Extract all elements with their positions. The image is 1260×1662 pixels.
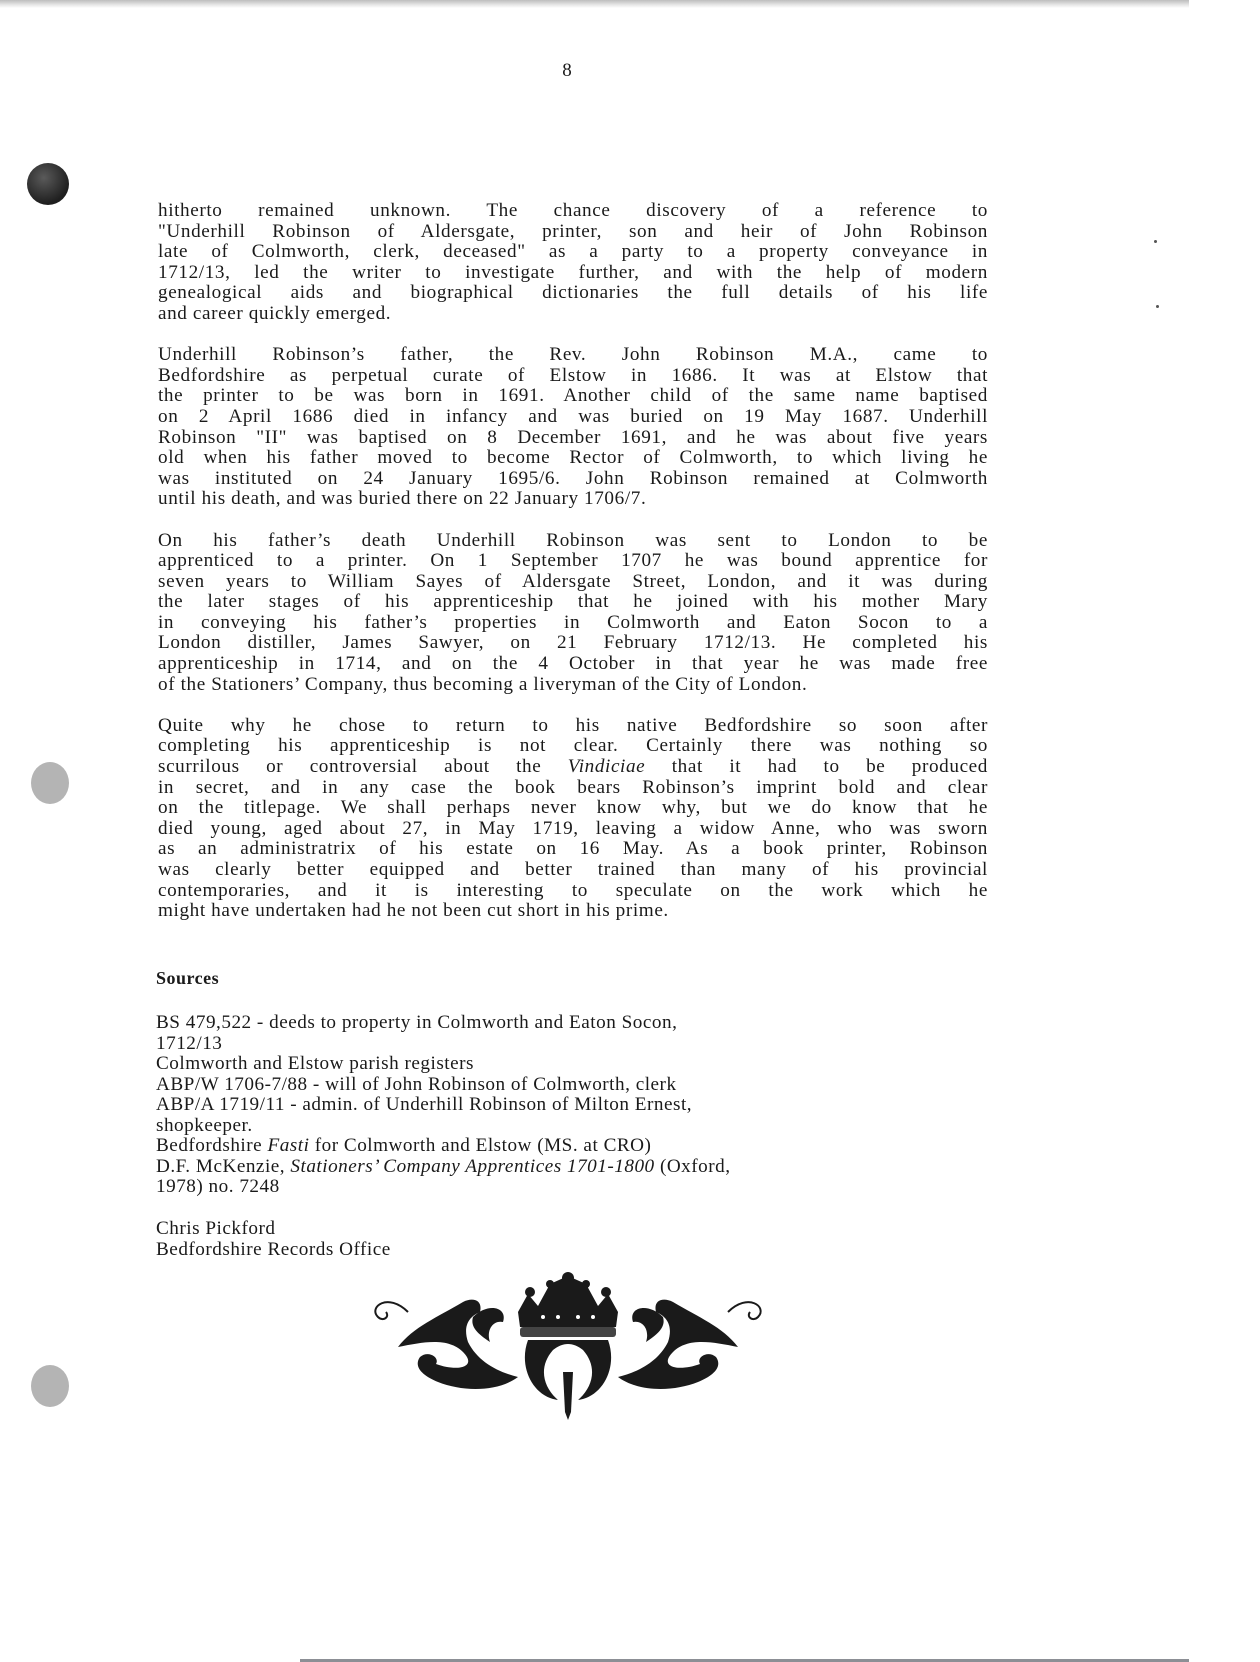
text-line: late of Colmworth, clerk, deceased" as a… xyxy=(158,242,988,263)
text-line: old when his father moved to become Rect… xyxy=(158,448,988,469)
text-line: Robinson "II" was baptised on 8 December… xyxy=(158,428,988,449)
source-entry: ABP/W 1706-7/88 - will of John Robinson … xyxy=(156,1075,731,1096)
text-line: Underhill Robinson’s father, the Rev. Jo… xyxy=(158,345,988,366)
source-entry: 1978) no. 7248 xyxy=(156,1177,731,1198)
article-body: hitherto remained unknown. The chance di… xyxy=(158,201,988,942)
source-entry: D.F. McKenzie, Stationers’ Company Appre… xyxy=(156,1157,731,1178)
source-entry: 1712/13 xyxy=(156,1034,731,1055)
text-line: and career quickly emerged. xyxy=(158,304,988,325)
text-line: "Underhill Robinson of Aldersgate, print… xyxy=(158,222,988,243)
text-line: the later stages of his apprenticeship t… xyxy=(158,592,988,613)
text-line: was clearly better equipped and better t… xyxy=(158,860,988,881)
text-line: in conveying his father’s properties in … xyxy=(158,613,988,634)
source-entry: Bedfordshire Fasti for Colmworth and Els… xyxy=(156,1136,731,1157)
source-entry: Colmworth and Elstow parish registers xyxy=(156,1054,731,1075)
paragraph: Underhill Robinson’s father, the Rev. Jo… xyxy=(158,345,988,510)
text-line: apprenticeship in 1714, and on the 4 Oct… xyxy=(158,654,988,675)
text-line: the printer to be was born in 1691. Anot… xyxy=(158,386,988,407)
paragraph: Quite why he chose to return to his nati… xyxy=(158,716,988,922)
source-entry: ABP/A 1719/11 - admin. of Underhill Robi… xyxy=(156,1095,731,1116)
text-line: on 2 April 1686 died in infancy and was … xyxy=(158,407,988,428)
text-line: hitherto remained unknown. The chance di… xyxy=(158,201,988,222)
text-line: apprenticed to a printer. On 1 September… xyxy=(158,551,988,572)
crown-ornament-icon xyxy=(368,1272,768,1422)
text-line: completing his apprenticeship is not cle… xyxy=(158,736,988,757)
scan-speck xyxy=(1154,240,1157,243)
punch-hole-icon xyxy=(31,762,69,804)
sources-heading: Sources xyxy=(156,968,219,989)
text-line: might have undertaken had he not been cu… xyxy=(158,901,988,922)
author-office: Bedfordshire Records Office xyxy=(156,1239,391,1260)
punch-hole-icon xyxy=(31,1365,69,1407)
text-line: contemporaries, and it is interesting to… xyxy=(158,881,988,902)
text-line: scurrilous or controversial about the Vi… xyxy=(158,757,988,778)
text-line: was instituted on 24 January 1695/6. Joh… xyxy=(158,469,988,490)
text-line: Bedfordshire as perpetual curate of Elst… xyxy=(158,366,988,387)
text-line: in secret, and in any case the book bear… xyxy=(158,778,988,799)
page-number: 8 xyxy=(0,60,1134,82)
text-line: London distiller, James Sawyer, on 21 Fe… xyxy=(158,633,988,654)
paragraph: On his father’s death Underhill Robinson… xyxy=(158,531,988,696)
text-line: 1712/13, led the writer to investigate f… xyxy=(158,263,988,284)
text-line: genealogical aids and biographical dicti… xyxy=(158,283,988,304)
source-entry: BS 479,522 - deeds to property in Colmwo… xyxy=(156,1013,731,1034)
punch-hole-icon xyxy=(27,163,69,205)
source-entry: shopkeeper. xyxy=(156,1116,731,1137)
author-name: Chris Pickford xyxy=(156,1218,391,1239)
text-line: Quite why he chose to return to his nati… xyxy=(158,716,988,737)
paragraph: hitherto remained unknown. The chance di… xyxy=(158,201,988,325)
text-line: On his father’s death Underhill Robinson… xyxy=(158,531,988,552)
text-line: until his death, and was buried there on… xyxy=(158,489,988,510)
text-line: as an administratrix of his estate on 16… xyxy=(158,839,988,860)
sources-list: BS 479,522 - deeds to property in Colmwo… xyxy=(156,1013,731,1198)
scan-speck xyxy=(1156,305,1159,308)
text-line: died young, aged about 27, in May 1719, … xyxy=(158,819,988,840)
text-line: on the titlepage. We shall perhaps never… xyxy=(158,798,988,819)
text-line: of the Stationers’ Company, thus becomin… xyxy=(158,675,988,696)
scan-edge-top xyxy=(0,0,1189,8)
signature-block: Chris Pickford Bedfordshire Records Offi… xyxy=(156,1218,391,1260)
text-line: seven years to William Sayes of Aldersga… xyxy=(158,572,988,593)
